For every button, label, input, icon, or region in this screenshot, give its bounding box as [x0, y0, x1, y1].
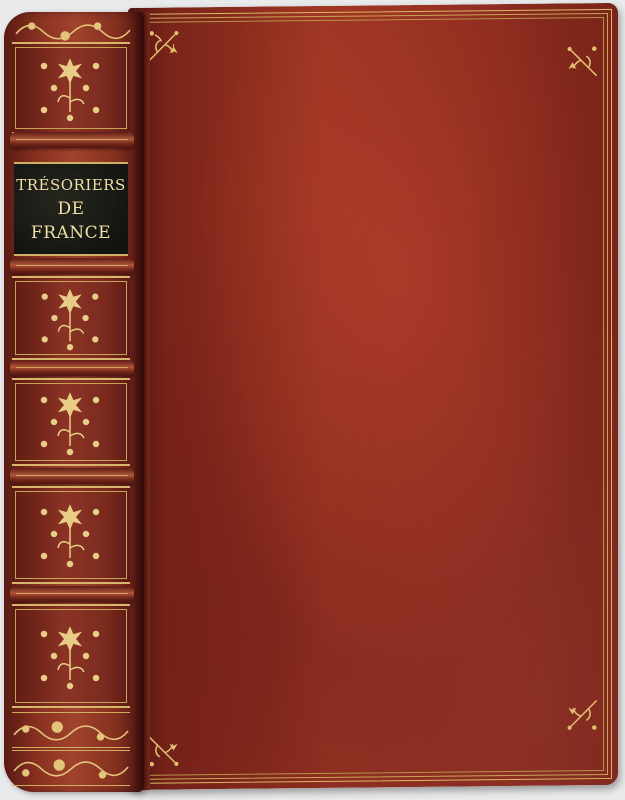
- spine-compartment-6: [12, 604, 130, 708]
- gilt-fillet-middle: [138, 13, 608, 780]
- tail-floral-roll-icon: [12, 712, 130, 748]
- spine-compartment-3: [12, 276, 130, 360]
- tail-floral-roll-icon: [12, 750, 130, 786]
- raised-band: [10, 586, 134, 602]
- corner-fleuron-icon: [146, 25, 184, 63]
- headcap-floral-roll-icon: [14, 14, 132, 44]
- corner-fleuron-icon: [146, 733, 184, 771]
- floral-sprig-icon: [30, 52, 110, 124]
- corner-fleuron-icon: [562, 41, 600, 79]
- raised-band: [10, 468, 134, 484]
- spine-compartment-5: [12, 486, 130, 584]
- gilt-fillet-inner: [142, 17, 604, 776]
- spine: TRÉSORIERS DE FRANCE: [4, 12, 144, 792]
- corner-fleuron-icon: [562, 697, 600, 735]
- floral-sprig-icon: [30, 498, 110, 570]
- raised-band: [10, 132, 134, 148]
- book: TRÉSORIERS DE FRANCE: [0, 0, 625, 800]
- title-line-3: FRANCE: [31, 222, 111, 244]
- gilt-fillet-outer: [134, 9, 612, 784]
- floral-sprig-icon: [30, 283, 110, 353]
- title-line-2: DE: [57, 198, 84, 220]
- title-line-1: TRÉSORIERS: [16, 174, 126, 196]
- spine-compartment-1: [12, 42, 130, 134]
- raised-band: [10, 360, 134, 376]
- floral-sprig-icon: [30, 618, 110, 694]
- front-cover: [128, 3, 618, 790]
- floral-sprig-icon: [30, 386, 110, 458]
- raised-band: [10, 258, 134, 274]
- spine-compartment-4: [12, 378, 130, 466]
- spine-title-label: TRÉSORIERS DE FRANCE: [14, 162, 128, 256]
